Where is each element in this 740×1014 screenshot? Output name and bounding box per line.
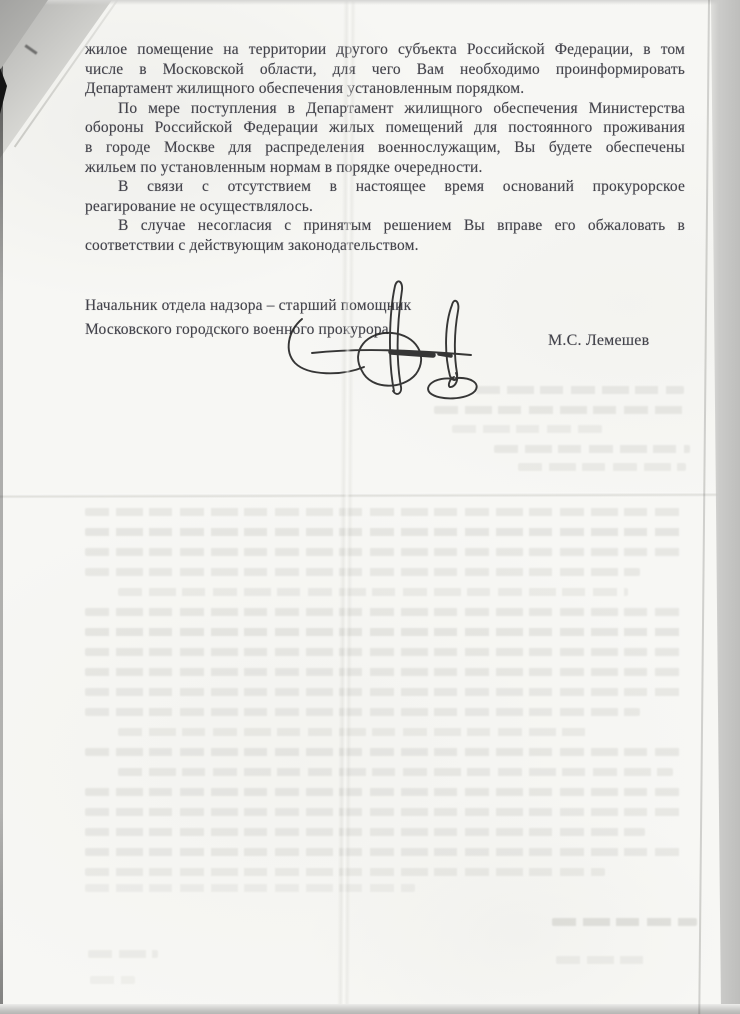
scanned-letter-page: жилое помещение на территории другого су…	[0, 0, 740, 1014]
bleedthrough-line	[85, 568, 640, 576]
letter-line: соответствии с действующим законодательс…	[85, 236, 685, 256]
scan-edge-left	[0, 0, 3, 1014]
bleedthrough-line	[556, 956, 648, 964]
bleedthrough-line	[88, 950, 158, 958]
bleedthrough-line	[476, 386, 684, 394]
letter-line: По мере поступления в Департамент жилищн…	[85, 99, 685, 119]
bleedthrough-line	[85, 608, 685, 616]
letter-line: жильем по установленным нормам в порядке…	[85, 158, 685, 178]
letter-line: Департамент жилищного обеспечения устано…	[85, 79, 685, 99]
letter-line: обороны Российской Федерации жилых помещ…	[85, 118, 685, 138]
bleedthrough-line	[518, 463, 686, 471]
bleedthrough-line	[85, 648, 685, 656]
bleedthrough-line	[452, 425, 602, 433]
letter-line: В случае несогласия с принятым решением …	[85, 216, 685, 236]
bleedthrough-line	[85, 668, 685, 676]
letter-line: жилое помещение на территории другого су…	[85, 40, 685, 60]
bleedthrough-line	[90, 976, 135, 984]
bleedthrough-line	[85, 828, 645, 836]
letter-body: жилое помещение на территории другого су…	[85, 40, 685, 256]
bleedthrough-line	[85, 708, 640, 716]
bleedthrough-line	[85, 808, 685, 816]
bleedthrough-line	[85, 848, 685, 856]
letter-line: реагирование не осуществлялось.	[85, 197, 685, 217]
scan-edge-bottom	[0, 1004, 740, 1014]
bleedthrough-line	[85, 788, 685, 796]
signer-name: М.С. Лемешев	[548, 332, 649, 350]
bleedthrough-line	[85, 508, 685, 516]
bleedthrough-line	[118, 588, 628, 596]
bleedthrough-line	[552, 918, 697, 926]
letter-line: числе в Московской области, для чего Вам…	[85, 60, 685, 80]
bleedthrough-line	[434, 406, 686, 414]
bleedthrough-line	[494, 445, 690, 453]
bleedthrough-line	[118, 728, 588, 736]
bleedthrough-line	[85, 748, 685, 756]
letter-line: в городе Москве для распределения военно…	[85, 138, 685, 158]
handwritten-signature	[284, 279, 484, 403]
bleedthrough-line	[85, 628, 685, 636]
bleedthrough-line	[118, 768, 673, 776]
bleedthrough-line	[85, 528, 685, 536]
scan-edge-top	[0, 0, 740, 5]
letter-line: В связи с отсутствием в настоящее время …	[85, 177, 685, 197]
bleedthrough-line	[85, 548, 685, 556]
bleedthrough-line	[85, 884, 415, 892]
bleedthrough-line	[85, 688, 685, 696]
